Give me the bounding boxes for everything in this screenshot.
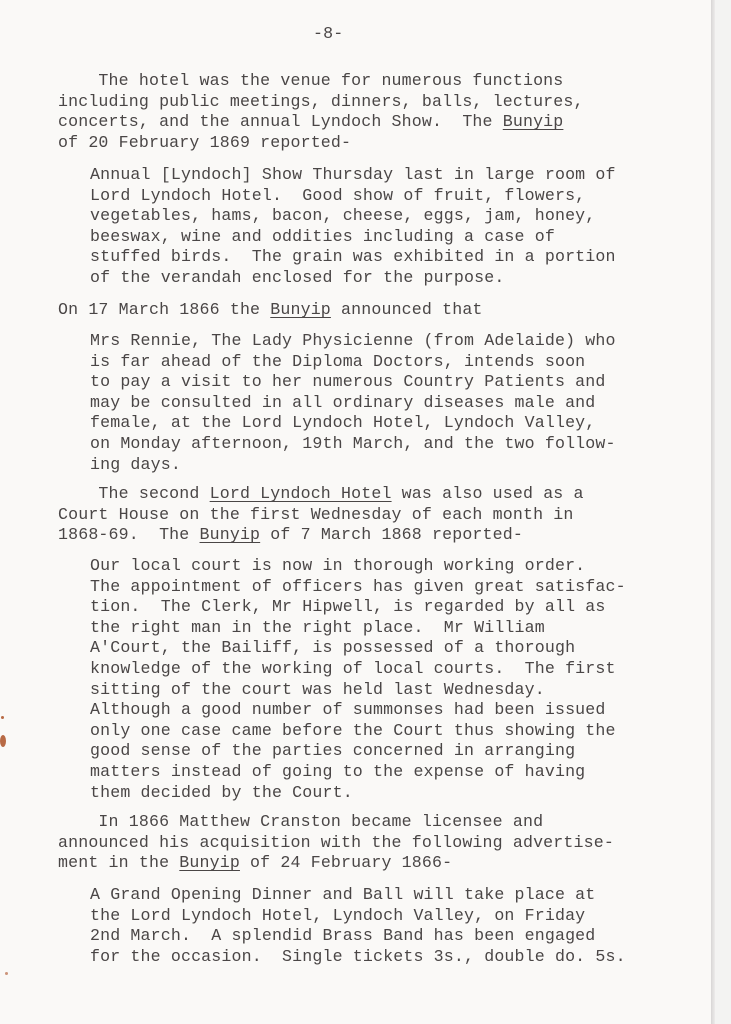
document-page: -8- The hotel was the venue for numerous… (0, 0, 712, 1024)
hotel-name: Lord Lyndoch Hotel (210, 484, 392, 503)
newspaper-title-bunyip: Bunyip (200, 525, 261, 544)
newspaper-title-bunyip: Bunyip (179, 853, 240, 872)
foxing-spot (5, 972, 8, 975)
newspaper-title-bunyip: Bunyip (270, 300, 331, 319)
paragraph-matthew-cranston: In 1866 Matthew Cranston became licensee… (58, 812, 614, 874)
paragraph-bunyip-announcement: On 17 March 1866 the Bunyip announced th… (58, 300, 483, 321)
paragraph-hotel-functions: The hotel was the venue for numerous fun… (58, 71, 584, 153)
newspaper-title-bunyip: Bunyip (503, 112, 564, 131)
foxing-spot (1, 716, 4, 719)
quote-lyndoch-show: Annual [Lyndoch] Show Thursday last in l… (90, 165, 616, 289)
background-margin (715, 0, 731, 1024)
page-number: -8- (313, 24, 343, 45)
quote-grand-opening: A Grand Opening Dinner and Ball will tak… (90, 885, 626, 967)
foxing-spot (0, 735, 6, 747)
paragraph-court-house: The second Lord Lyndoch Hotel was also u… (58, 484, 584, 546)
quote-mrs-rennie: Mrs Rennie, The Lady Physicienne (from A… (90, 331, 616, 475)
quote-local-court: Our local court is now in thorough worki… (90, 556, 626, 803)
